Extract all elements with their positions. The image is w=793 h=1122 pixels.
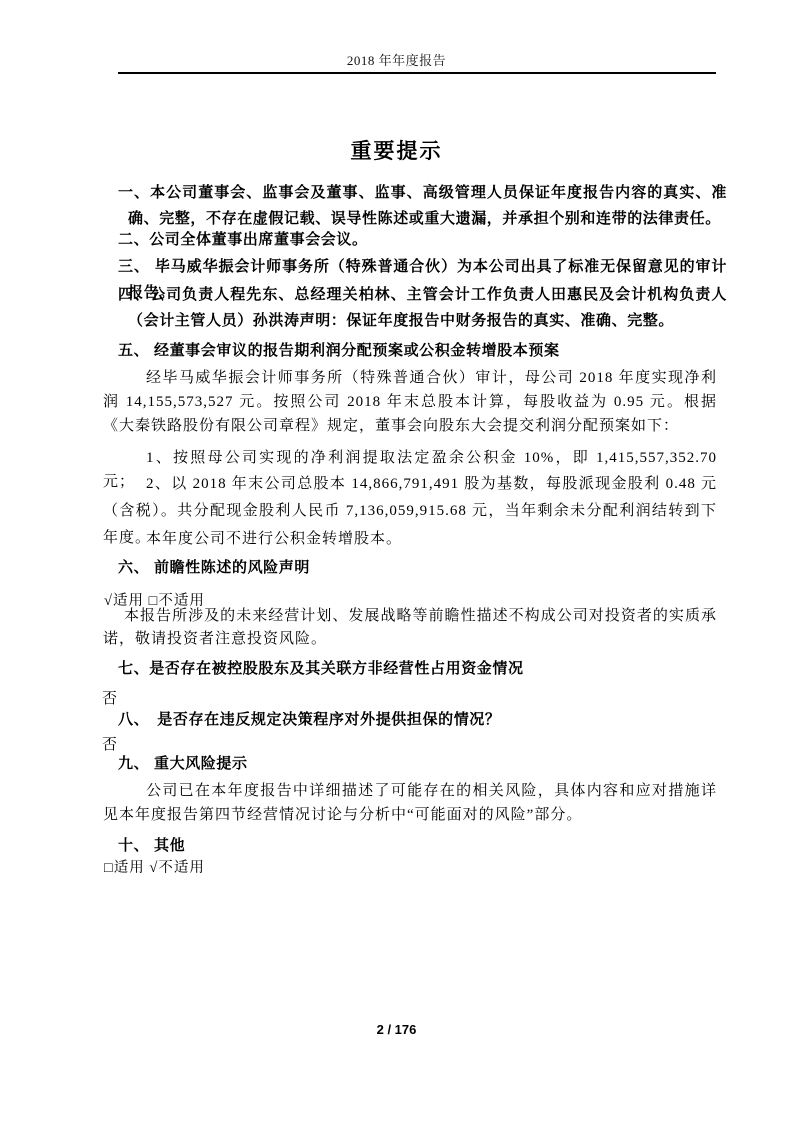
section-heading-2: 二、公司全体董事出席董事会会议。: [118, 227, 727, 253]
section-heading-5: 五、 经董事会审议的报告期利润分配预案或公积金转增股本预案: [118, 338, 727, 364]
section9-paragraph-1: 公司已在本年度报告中详细描述了可能存在的相关风险，具体内容和应对措施详见本年度报…: [103, 779, 717, 827]
section5-paragraph-4: 本年度公司不进行公积金转增股本。: [103, 526, 717, 553]
header-rule: [118, 72, 716, 74]
section-heading-9: 九、 重大风险提示: [118, 751, 727, 777]
page-title: 重要提示: [0, 137, 793, 167]
section-heading-7: 七、是否存在被控股股东及其关联方非经营性占用资金情况: [118, 656, 727, 682]
section-heading-6: 六、 前瞻性陈述的风险声明: [118, 555, 727, 581]
section6-paragraph-1: 本报告所涉及的未来经营计划、发展战略等前瞻性描述不构成公司对投资者的实质承诺，敬…: [103, 605, 717, 651]
section5-paragraph-1: 经毕马威华振会计师事务所（特殊普通合伙）审计，母公司 2018 年度实现净利润 …: [103, 366, 717, 438]
section-heading-4: 四、公司负责人程先东、总经理关柏林、主管会计工作负责人田惠民及会计机构负责人（会…: [118, 282, 727, 334]
document-page: 2018 年年度报告 重要提示 一、本公司董事会、监事会及董事、监事、高级管理人…: [0, 0, 793, 1122]
section10-applicability-line: □适用 √不适用: [104, 856, 718, 880]
section-heading-8: 八、 是否存在违反规定决策程序对外提供担保的情况？: [118, 707, 727, 733]
running-header-title: 2018 年年度报告: [0, 51, 793, 71]
section-heading-1: 一、本公司董事会、监事会及董事、监事、高级管理人员保证年度报告内容的真实、准确、…: [118, 180, 727, 232]
footer-page-number: 2 / 176: [0, 1020, 793, 1040]
